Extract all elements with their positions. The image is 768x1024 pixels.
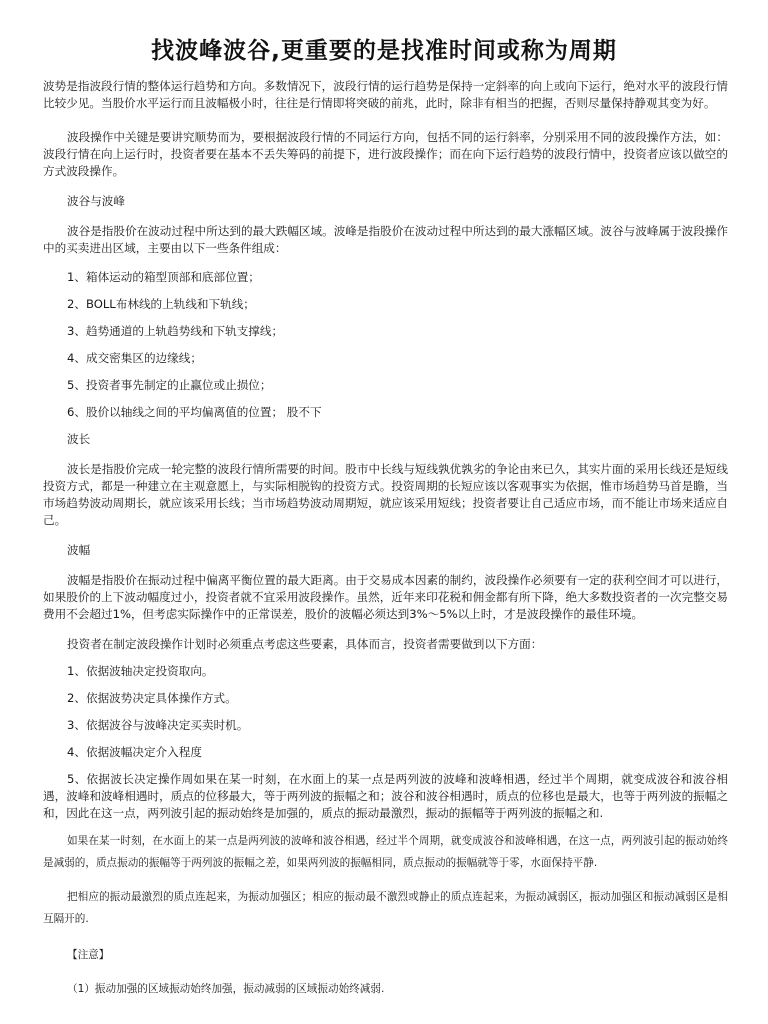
list-item: 2、依据波势决定具体操作方式。	[43, 690, 728, 707]
list-item: 6、股价以轴线之间的平均偏离值的位置； 股不下	[43, 404, 728, 421]
paragraph-amplitude: 波幅是指股价在振动过程中偏离平衡位置的最大距离。由于交易成本因素的制约，波段操作…	[43, 572, 728, 623]
list-item: 4、依据波幅决定介入程度	[43, 744, 728, 761]
list-item: 1、依据波轴决定投资取向。	[43, 663, 728, 680]
paragraph-wavelength: 波长是指股价完成一轮完整的波段行情所需要的时间。股市中长线与短线孰优孰劣的争论由…	[43, 461, 728, 529]
list-item: 5、投资者事先制定的止赢位或止损位；	[43, 377, 728, 394]
list-item: 4、成交密集区的边缘线；	[43, 350, 728, 367]
paragraph-trough-peak: 波谷是指股价在波动过程中所达到的最大跌幅区域。波峰是指股价在波动过程中所达到的最…	[43, 223, 728, 257]
paragraph-wave-interference-constructive: 5、依据波长决定操作周如果在某一时刻，在水面上的某一点是两列波的波峰和波峰相遇，…	[43, 771, 728, 822]
conditions-list: 1、箱体运动的箱型顶部和底部位置； 2、BOLL布林线的上轨线和下轨线； 3、趋…	[43, 269, 728, 421]
list-item: 2、BOLL布林线的上轨线和下轨线；	[43, 296, 728, 313]
note-item: （1）振动加强的区域振动始终加强，振动减弱的区域振动始终减弱.	[43, 978, 728, 1000]
paragraph-requirements: 投资者在制定波段操作计划时必须重点考虑这些要素，具体而言，投资者需要做到以下方面…	[43, 636, 728, 653]
paragraph-wave-interference-destructive: 如果在某一时刻，在水面上的某一点是两列波的波峰和波谷相遇，经过半个周期，就变成波…	[43, 830, 728, 874]
list-item: 1、箱体运动的箱型顶部和底部位置；	[43, 269, 728, 286]
list-item: 3、趋势通道的上轨趋势线和下轨支撑线；	[43, 323, 728, 340]
heading-amplitude: 波幅	[43, 542, 728, 559]
paragraph-interference-regions: 把相应的振动最激烈的质点连起来，为振动加强区；相应的振动最不激烈或静止的质点连起…	[43, 886, 728, 930]
note-heading: 【注意】	[43, 944, 728, 966]
heading-wavelength: 波长	[43, 431, 728, 448]
document-page: 找波峰波谷,更重要的是找准时间或称为周期 波势是指波段行情的整体运行趋势和方向。…	[0, 0, 768, 1024]
heading-trough-peak: 波谷与波峰	[43, 193, 728, 210]
page-title: 找波峰波谷,更重要的是找准时间或称为周期	[0, 32, 768, 65]
paragraph-band-operation: 波段操作中关键是要讲究顺势而为，要根据波段行情的不同运行方向，包括不同的运行斜率…	[43, 129, 728, 180]
list-item: 3、依据波谷与波峰决定买卖时机。	[43, 717, 728, 734]
aspects-list: 1、依据波轴决定投资取向。 2、依据波势决定具体操作方式。 3、依据波谷与波峰决…	[43, 663, 728, 761]
document-body: 波势是指波段行情的整体运行趋势和方向。多数情况下，波段行情的运行趋势是保持一定斜…	[43, 78, 728, 1000]
paragraph-wave-trend: 波势是指波段行情的整体运行趋势和方向。多数情况下，波段行情的运行趋势是保持一定斜…	[43, 78, 728, 112]
